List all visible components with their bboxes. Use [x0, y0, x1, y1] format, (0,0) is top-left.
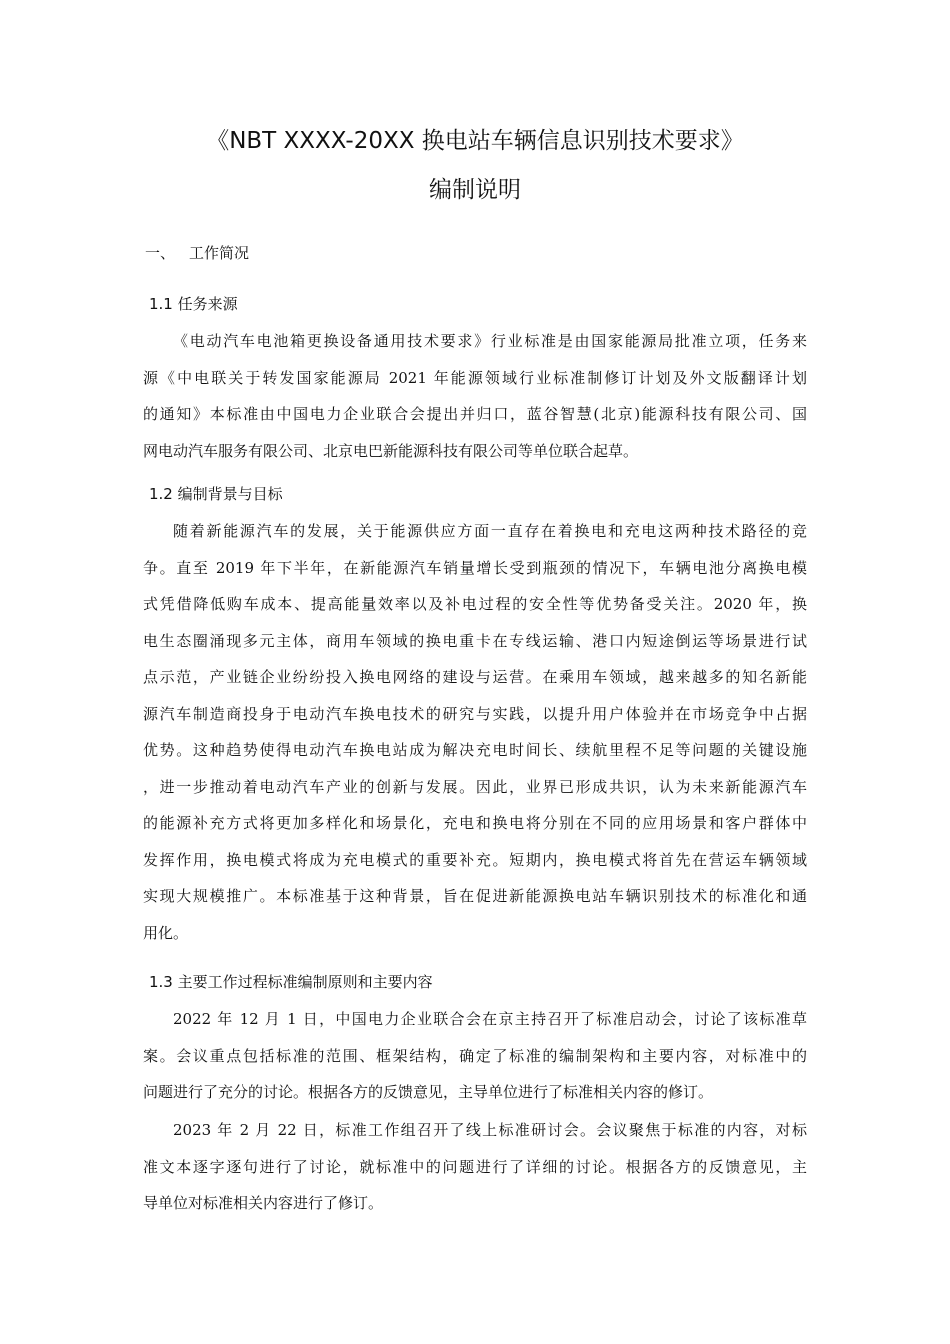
- paragraph-line: 电生态圈涌现多元主体，商用车领域的换电重卡在专线运输、港口内短途倒运等场景进行试: [143, 623, 807, 660]
- subsection-heading-task-source: 1.1 任务来源: [149, 292, 238, 316]
- paragraph-line: 《电动汽车电池箱更换设备通用技术要求》行业标准是由国家能源局批准立项，任务来: [143, 323, 807, 360]
- subsection-heading-work-process: 1.3 主要工作过程标准编制原则和主要内容: [149, 970, 433, 994]
- paragraph-line: 的通知》本标准由中国电力企业联合会提出并归口，蓝谷智慧(北京)能源科技有限公司、…: [143, 396, 807, 433]
- paragraph-line: 争。直至 2019 年下半年，在新能源汽车销量增长受到瓶颈的情况下，车辆电池分离…: [143, 550, 807, 587]
- paragraph-line: 实现大规模推广。本标准基于这种背景，旨在促进新能源换电站车辆识别技术的标准化和通: [143, 878, 807, 915]
- paragraph-line: 准文本逐字逐句进行了讨论，就标准中的问题进行了详细的讨论。根据各方的反馈意见，主: [143, 1149, 807, 1186]
- paragraph-line: 源《中电联关于转发国家能源局 2021 年能源领域行业标准制修订计划及外文版翻译…: [143, 360, 807, 397]
- paragraph-line: 导单位对标准相关内容进行了修订。: [143, 1185, 807, 1222]
- document-subtitle: 编制说明: [0, 175, 950, 205]
- paragraph-background-goals: 随着新能源汽车的发展，关于能源供应方面一直存在着换电和充电这两种技术路径的竞 争…: [143, 513, 807, 951]
- paragraph-line: 点示范，产业链企业纷纷投入换电网络的建设与运营。在乘用车领域，越来越多的知名新能: [143, 659, 807, 696]
- paragraph-line: ，进一步推动着电动汽车产业的创新与发展。因此，业界已形成共识，认为未来新能源汽车: [143, 769, 807, 806]
- subsection-heading-background-goals: 1.2 编制背景与目标: [149, 482, 283, 506]
- paragraph-line: 源汽车制造商投身于电动汽车换电技术的研究与实践，以提升用户体验并在市场竞争中占据: [143, 696, 807, 733]
- document-page: 《NBT XXXX-20XX 换电站车辆信息识别技术要求》 编制说明 一、工作简…: [0, 0, 950, 1344]
- paragraph-line: 网电动汽车服务有限公司、北京电巴新能源科技有限公司等单位联合起草。: [143, 433, 807, 470]
- section-title: 工作简况: [189, 244, 249, 262]
- paragraph-line: 随着新能源汽车的发展，关于能源供应方面一直存在着换电和充电这两种技术路径的竞: [143, 513, 807, 550]
- paragraph-line: 发挥作用，换电模式将成为充电模式的重要补充。短期内，换电模式将首先在营运车辆领域: [143, 842, 807, 879]
- document-title: 《NBT XXXX-20XX 换电站车辆信息识别技术要求》: [0, 126, 950, 156]
- paragraph-line: 优势。这种趋势使得电动汽车换电站成为解决充电时间长、续航里程不足等问题的关键设施: [143, 732, 807, 769]
- section-number: 一、: [145, 241, 189, 265]
- paragraph-line: 式凭借降低购车成本、提高能量效率以及补电过程的安全性等优势备受关注。2020 年…: [143, 586, 807, 623]
- paragraph-line: 案。会议重点包括标准的范围、框架结构，确定了标准的编制架构和主要内容，对标准中的: [143, 1038, 807, 1075]
- paragraph-kickoff-meeting: 2022 年 12 月 1 日，中国电力企业联合会在京主持召开了标准启动会，讨论…: [143, 1001, 807, 1111]
- paragraph-online-seminar: 2023 年 2 月 22 日，标准工作组召开了线上标准研讨会。会议聚焦于标准的…: [143, 1112, 807, 1222]
- section-heading-work-overview: 一、工作简况: [145, 241, 249, 265]
- paragraph-line: 问题进行了充分的讨论。根据各方的反馈意见，主导单位进行了标准相关内容的修订。: [143, 1074, 807, 1111]
- paragraph-task-source: 《电动汽车电池箱更换设备通用技术要求》行业标准是由国家能源局批准立项，任务来 源…: [143, 323, 807, 469]
- paragraph-line: 的能源补充方式将更加多样化和场景化，充电和换电将分别在不同的应用场景和客户群体中: [143, 805, 807, 842]
- paragraph-line: 2022 年 12 月 1 日，中国电力企业联合会在京主持召开了标准启动会，讨论…: [143, 1001, 807, 1038]
- paragraph-line: 2023 年 2 月 22 日，标准工作组召开了线上标准研讨会。会议聚焦于标准的…: [143, 1112, 807, 1149]
- paragraph-line: 用化。: [143, 915, 807, 952]
